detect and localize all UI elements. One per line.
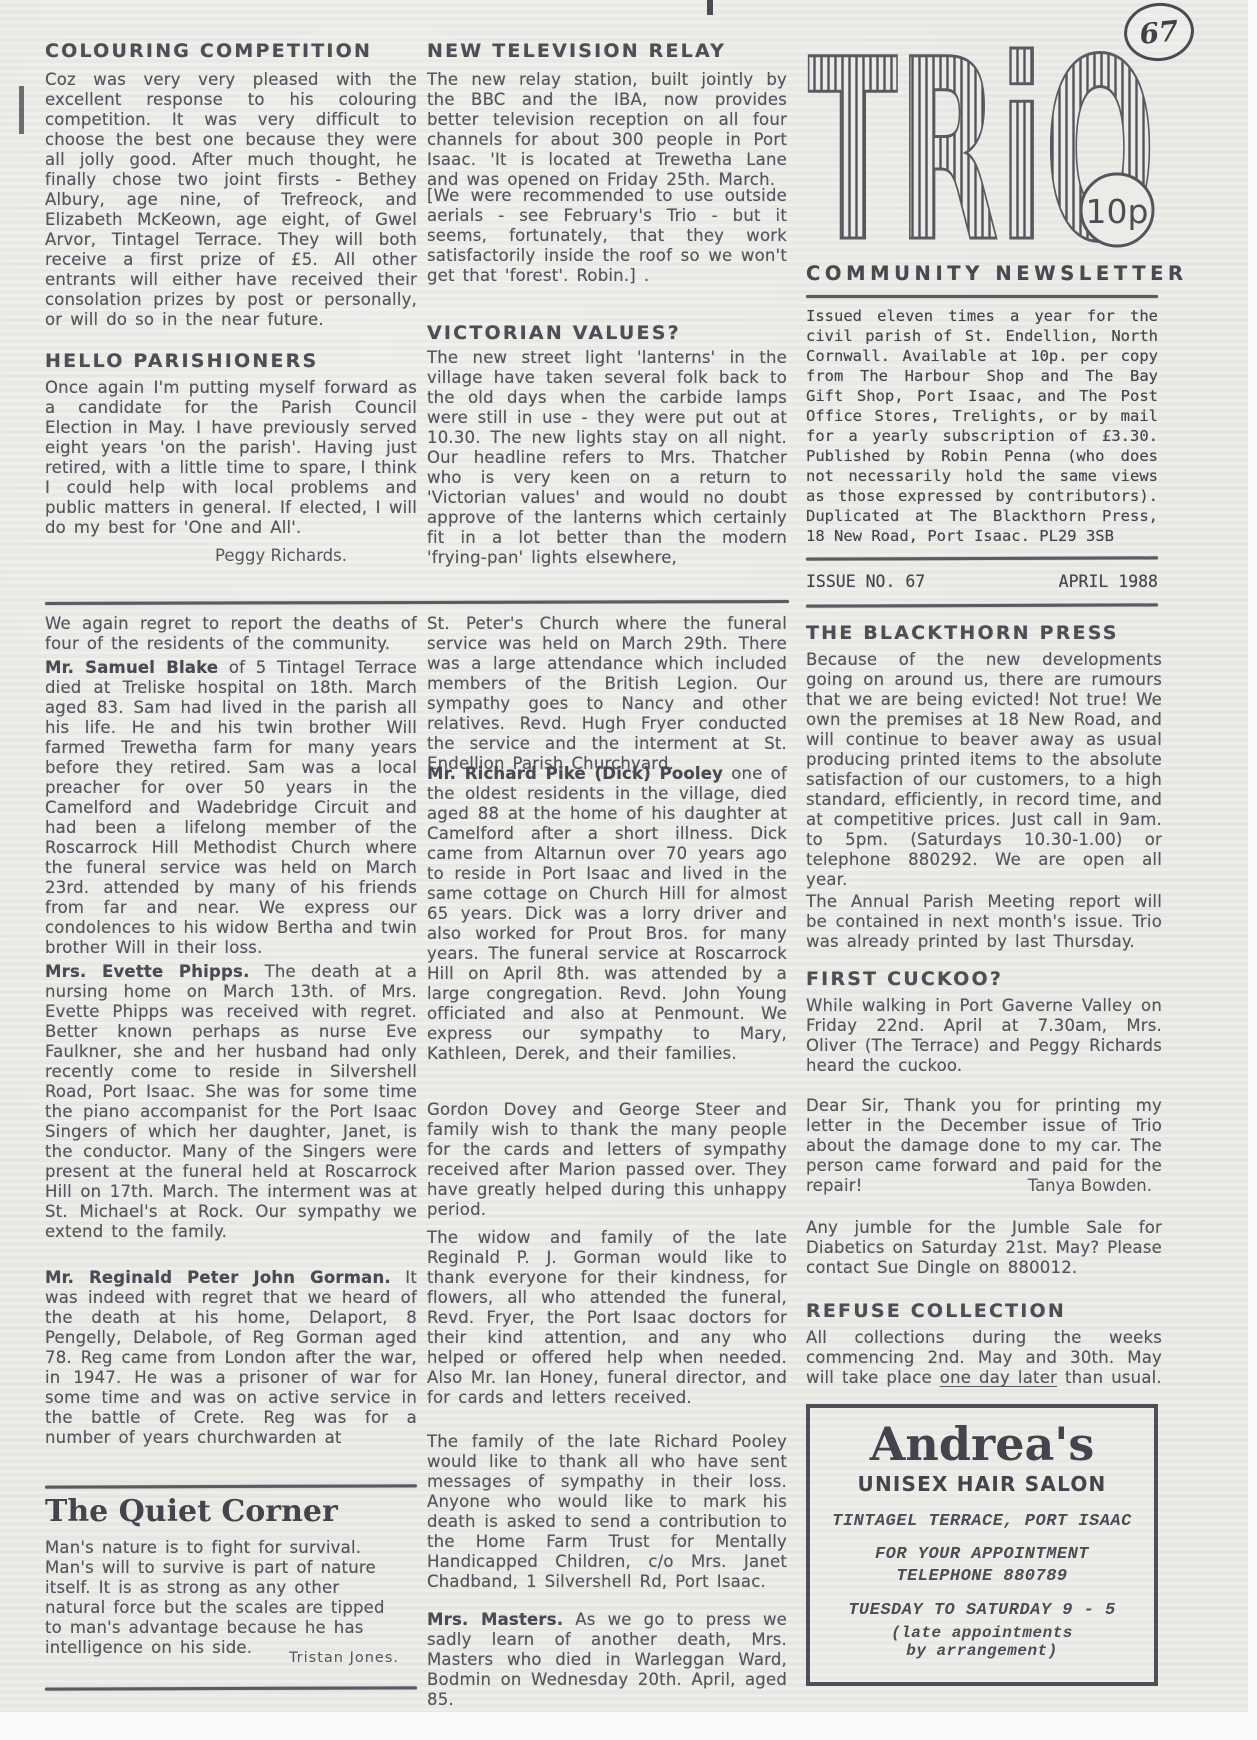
obituary-pooley-name: Mr. Richard Pike (Dick) Pooley (427, 764, 723, 783)
trio-logo: TRiO 10p (804, 40, 1160, 254)
first-cuckoo-body: While walking in Port Gaverne Valley on … (806, 996, 1162, 1076)
obituary-evette-phipps: Mrs. Evette Phipps. The death at a nursi… (45, 962, 417, 1242)
obituary-masters-name: Mrs. Masters. (427, 1610, 563, 1629)
ad-salon-subtitle: UNISEX HAIR SALON (810, 1472, 1154, 1496)
blackthorn-press-heading: THE BLACKTHORN PRESS (806, 622, 1162, 644)
obituary-blake-name: Mr. Samuel Blake (45, 658, 218, 677)
refuse-text-underlined: one day later (940, 1368, 1057, 1387)
section-rule-deaths (45, 600, 789, 605)
issue-rule-bottom (806, 603, 1158, 607)
masthead-rule-top (806, 295, 1158, 298)
obituary-pooley-text: one of the oldest residents in the villa… (427, 764, 787, 1063)
hello-parishioners-heading: HELLO PARISHIONERS (45, 350, 417, 372)
scan-edge-bottom (0, 1712, 1257, 1740)
hello-parishioners-body: Once again I'm putting myself forward as… (45, 378, 417, 538)
victorian-values-heading: VICTORIAN VALUES? (427, 322, 787, 344)
hello-signature: Peggy Richards. (45, 546, 417, 565)
obituary-richard-pooley: Mr. Richard Pike (Dick) Pooley one of th… (427, 764, 787, 1064)
quiet-corner-heading: The Quiet Corner (45, 1494, 417, 1529)
ad-appointment-line: FOR YOUR APPOINTMENT (810, 1545, 1154, 1564)
ad-address: TINTAGEL TERRACE, PORT ISAAC (810, 1512, 1154, 1531)
pooley-family-thanks: The family of the late Richard Pooley wo… (427, 1432, 787, 1592)
funeral-continuation: St. Peter's Church where the funeral ser… (427, 614, 787, 774)
andreas-salon-ad: Andrea's UNISEX HAIR SALON TINTAGEL TERR… (806, 1404, 1158, 1686)
tv-relay-body-1: The new relay station, built jointly by … (427, 70, 787, 190)
issue-date: APRIL 1988 (1059, 572, 1158, 592)
annual-parish-meeting-note: The Annual Parish Meeting report will be… (806, 892, 1162, 952)
ad-salon-name: Andrea's (810, 1420, 1154, 1468)
deaths-intro: We again regret to report the deaths of … (45, 614, 417, 654)
reader-letter-signature: Tanya Bowden. (806, 1176, 1162, 1195)
colouring-competition-heading: COLOURING COMPETITION (45, 40, 417, 62)
obituary-mrs-masters: Mrs. Masters. As we go to press we sadly… (427, 1610, 787, 1710)
ad-telephone: TELEPHONE 880789 (810, 1567, 1154, 1586)
ad-late-appointments-2: by arrangement) (810, 1642, 1154, 1660)
newsletter-label: COMMUNITY NEWSLETTER (806, 262, 1162, 285)
obituary-phipps-name: Mrs. Evette Phipps. (45, 962, 250, 981)
obituary-phipps-text: The death at a nursing home on March 13t… (45, 962, 417, 1241)
refuse-text-post: than usual. (1057, 1368, 1162, 1387)
ad-late-appointments-1: (late appointments (810, 1624, 1154, 1642)
issue-number: ISSUE NO. 67 (806, 572, 925, 592)
obituary-gorman-name: Mr. Reginald Peter John Gorman. (45, 1268, 391, 1287)
price-badge-text: 10p (1086, 192, 1149, 231)
issue-rule-top (806, 556, 1158, 560)
tv-relay-heading: NEW TELEVISION RELAY (427, 40, 787, 62)
masthead-about: Issued eleven times a year for the civil… (806, 306, 1158, 546)
newsletter-page: 67 COLOURING COMPETITION Coz was very ve… (0, 0, 1257, 1740)
column1-bottom-rule (45, 1686, 417, 1690)
quiet-corner-rule (45, 1484, 417, 1488)
obituary-gorman-text: It was indeed with regret that we heard … (45, 1268, 417, 1447)
colouring-competition-body: Coz was very very pleased with the excel… (45, 70, 417, 330)
scan-artifact-top (707, 0, 713, 15)
issue-line: ISSUE NO. 67 APRIL 1988 (806, 572, 1158, 592)
jumble-sale-notice: Any jumble for the Jumble Sale for Diabe… (806, 1218, 1162, 1278)
gorman-family-thanks: The widow and family of the late Reginal… (427, 1228, 787, 1408)
quiet-corner-attribution: Tristan Jones. (45, 1650, 417, 1666)
victorian-values-body: The new street light 'lanterns' in the v… (427, 348, 787, 568)
blackthorn-press-body: Because of the new developments going on… (806, 650, 1162, 890)
scan-edge-right (1248, 0, 1257, 1740)
scan-artifact-left (19, 86, 24, 134)
refuse-collection-heading: REFUSE COLLECTION (806, 1300, 1162, 1322)
dovey-steer-thanks: Gordon Dovey and George Steer and family… (427, 1100, 787, 1220)
tv-relay-body-2: [We were recommended to use outside aeri… (427, 186, 787, 286)
quiet-corner-quote: Man's nature is to fight for survival. M… (45, 1538, 417, 1658)
first-cuckoo-heading: FIRST CUCKOO? (806, 968, 1162, 990)
obituary-reginald-gorman: Mr. Reginald Peter John Gorman. It was i… (45, 1268, 417, 1448)
obituary-samuel-blake: Mr. Samuel Blake of 5 Tintagel Terrace d… (45, 658, 417, 958)
obituary-blake-text: of 5 Tintagel Terrace died at Treliske h… (45, 658, 417, 957)
ad-opening-hours: TUESDAY TO SATURDAY 9 - 5 (810, 1601, 1154, 1620)
refuse-collection-body: All collections during the weeks commenc… (806, 1328, 1162, 1388)
